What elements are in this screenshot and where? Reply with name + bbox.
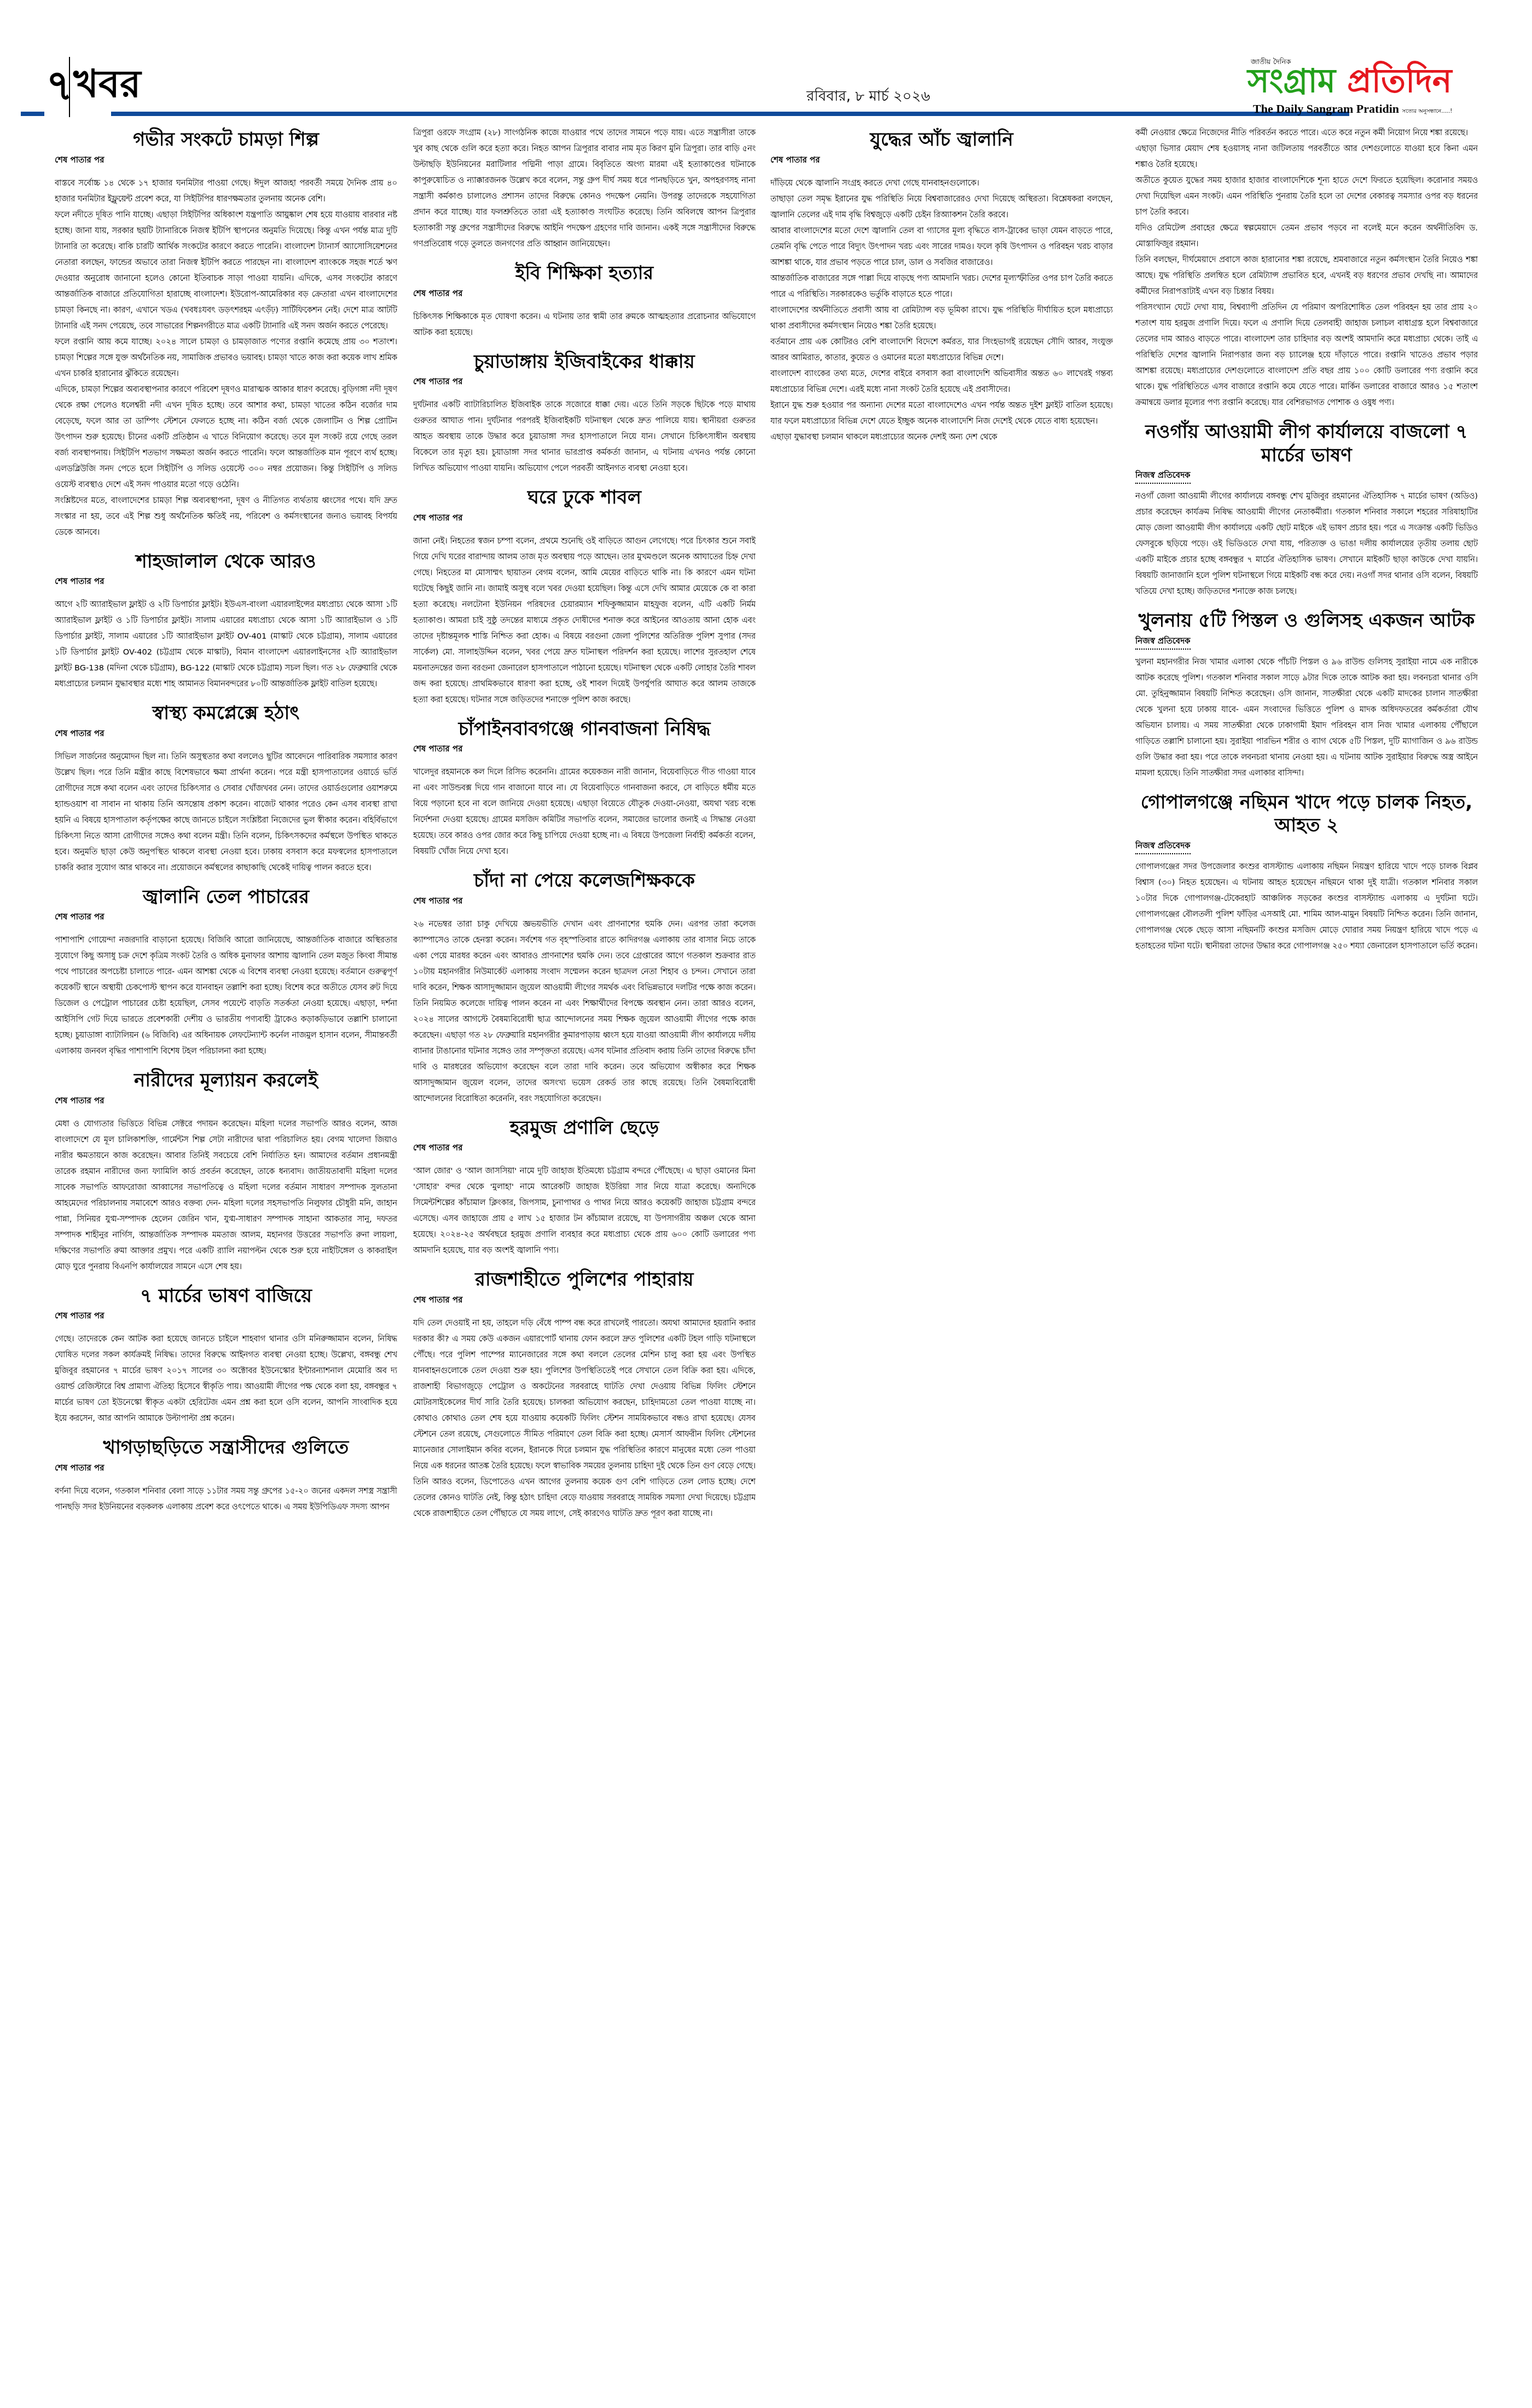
logo-name-green: সংগ্রাম <box>1247 62 1336 100</box>
story-paragraph: যদিও রেমিটেন্স প্রবাহের ক্ষেত্রে স্বল্পম… <box>1135 220 1478 252</box>
news-story: ইবি শিক্ষিকা হত্যারশেষ পাতার পরচিকিৎসক শ… <box>413 262 756 340</box>
logo-english: The Daily Sangram Pratidin সত্যের অনুসন্… <box>1253 102 1452 117</box>
story-body: গোপালগঞ্জের সদর উপজেলার কংশুর বাসস্ট্যান… <box>1135 859 1478 954</box>
story-paragraph: আগে ২টি অ্যারাইভাল ফ্লাইট ও ২টি ডিপার্চা… <box>55 597 397 692</box>
story-byline: নিজস্ব প্রতিবেদক <box>1135 840 1191 854</box>
news-story: রাজশাহীতে পুলিশের পাহারায়শেষ পাতার পরযদ… <box>413 1268 756 1521</box>
story-headline: হরমুজ প্রণালি ছেড়ে <box>413 1116 756 1140</box>
story-body: গেছে। তাদেরকে কেন আটক করা হয়েছে জানতে চ… <box>55 1331 397 1426</box>
column-4: কর্মী নেওয়ার ক্ষেত্রে নিজেদের নীতি পরিব… <box>1135 125 1478 2396</box>
story-paragraph: জানা নেই। নিহতের স্বজন চম্পা বলেন, প্রথম… <box>413 533 756 708</box>
story-dateline: শেষ পাতার পর <box>413 512 756 525</box>
news-story: খুলনায় ৫টি পিস্তল ও গুলিসহ একজন আটকনিজস… <box>1135 609 1478 781</box>
news-story: কর্মী নেওয়ার ক্ষেত্রে নিজেদের নীতি পরিব… <box>1135 125 1478 410</box>
story-body: খুলনা মহানগরীর নিজ খামার এলাকা থেকে পাঁচ… <box>1135 654 1478 781</box>
story-dateline: শেষ পাতার পর <box>55 154 397 167</box>
story-dateline: শেষ পাতার পর <box>55 727 397 741</box>
story-paragraph: আবার বাংলাদেশের মতো দেশে জ্বালানি তেল বা… <box>770 223 1113 270</box>
story-body: সিভিল সার্জনের অনুমোদন ছিল না। তিনি অসুস… <box>55 749 397 876</box>
story-paragraph: যদি তেল দেওয়াই না হয়, তাহলে দড়ি বেঁধে… <box>413 1315 756 1521</box>
story-byline: নিজস্ব প্রতিবেদক <box>1135 635 1191 650</box>
story-body: বর্ণনা দিয়ে বলেন, গতকাল শনিবার বেলা সাড… <box>55 1483 397 1515</box>
story-headline: ৭ মার্চের ভাষণ বাজিয়ে <box>55 1284 397 1308</box>
news-story: চাঁপাইনবাবগঞ্জে গানবাজনা নিষিদ্ধশেষ পাতা… <box>413 717 756 860</box>
column-1: গভীর সংকটে চামড়া শিল্পশেষ পাতার পরবাস্ত… <box>55 125 397 2396</box>
story-paragraph: 'আল জোর' ও 'আল জাসসিয়া' নামে দুটি জাহাজ… <box>413 1163 756 1258</box>
story-paragraph: কর্মী নেওয়ার ক্ষেত্রে নিজেদের নীতি পরিব… <box>1135 125 1478 141</box>
logo-name-red: প্রতিদিন <box>1347 62 1452 100</box>
news-story: চুয়াডাঙ্গায় ইজিবাইকের ধাক্কায়শেষ পাতা… <box>413 350 756 477</box>
news-story: জ্বালানি তেল পাচারেরশেষ পাতার পরপাশাপাশি… <box>55 885 397 1060</box>
story-body: মেধা ও যোগ্যতার ভিত্তিতে বিভিন্ন সেক্টরে… <box>55 1116 397 1275</box>
story-body: পাশাপাশি গোয়েন্দা নজরদারি বাড়ানো হয়েছ… <box>55 932 397 1059</box>
story-paragraph: বাংলাদেশের অর্থনীতিতে প্রবাসী আয় বা রেম… <box>770 302 1113 334</box>
story-dateline: শেষ পাতার পর <box>413 1142 756 1155</box>
logo-english-name: The Daily Sangram Pratidin <box>1253 102 1399 115</box>
story-dateline: শেষ পাতার পর <box>413 375 756 389</box>
story-headline: চাঁদা না পেয়ে কলেজশিক্ষককে <box>413 869 756 893</box>
story-dateline: শেষ পাতার পর <box>55 575 397 589</box>
news-story: হরমুজ প্রণালি ছেড়েশেষ পাতার পর'আল জোর' … <box>413 1116 756 1259</box>
story-body: নওগাঁ জেলা আওয়ামী লীগের কার্যালয়ে বঙ্গ… <box>1135 488 1478 599</box>
rule-bar-left <box>21 112 44 116</box>
story-headline: চুয়াডাঙ্গায় ইজিবাইকের ধাক্কায় <box>413 350 756 374</box>
story-headline: চাঁপাইনবাবগঞ্জে গানবাজনা নিষিদ্ধ <box>413 717 756 741</box>
story-paragraph: অতীতে কুয়েত যুদ্ধের সময় হাজার হাজার বা… <box>1135 172 1478 220</box>
story-paragraph: এদিকে, চামড়া শিল্পের অব্যবস্থাপনার কারণ… <box>55 381 397 493</box>
news-story: শাহজালাল থেকে আরওশেষ পাতার পরআগে ২টি অ্য… <box>55 550 397 692</box>
story-body: খালেদুর রহমানকে কল দিলে রিসিভ করেননি। গ্… <box>413 764 756 859</box>
story-headline: গভীর সংকটে চামড়া শিল্প <box>55 128 397 152</box>
story-headline: খুলনায় ৫টি পিস্তল ও গুলিসহ একজন আটক <box>1135 609 1478 633</box>
story-paragraph: এছাড়া যুদ্ধাবস্থা চলমান থাকলে মধ্যপ্রাচ… <box>770 429 1113 445</box>
story-dateline: শেষ পাতার পর <box>55 911 397 924</box>
masthead: ৭ খবর রবিবার, ৮ মার্চ ২০২৬ জাতীয় দৈনিক … <box>0 0 1532 118</box>
masthead-divider <box>69 57 70 117</box>
news-story: ঘরে ঢুকে শাবলশেষ পাতার পরজানা নেই। নিহতে… <box>413 486 756 708</box>
news-story: চাঁদা না পেয়ে কলেজশিক্ষককেশেষ পাতার পর২… <box>413 869 756 1107</box>
story-paragraph: গোপালগঞ্জের সদর উপজেলার কংশুর বাসস্ট্যান… <box>1135 859 1478 954</box>
logo-tagline: সত্যের অনুসন্ধানে.....! <box>1402 108 1453 114</box>
story-dateline: শেষ পাতার পর <box>413 895 756 908</box>
news-story: নওগাঁয় আওয়ামী লীগ কার্যালয়ে বাজলো ৭ ম… <box>1135 420 1478 599</box>
story-paragraph: মেধা ও যোগ্যতার ভিত্তিতে বিভিন্ন সেক্টরে… <box>55 1116 397 1275</box>
story-paragraph: পরিসংখ্যান ঘেটে দেখা যায়, বিশ্বব্যাপী প… <box>1135 299 1478 410</box>
story-body: 'আল জোর' ও 'আল জাসসিয়া' নামে দুটি জাহাজ… <box>413 1163 756 1258</box>
story-headline: ইবি শিক্ষিকা হত্যার <box>413 262 756 285</box>
rule-bar-main <box>111 112 1349 116</box>
story-paragraph: বর্তমানে প্রায় এক কোটিরও বেশি বাংলাদেশি… <box>770 334 1113 366</box>
story-headline: খাগড়াছড়িতে সন্ত্রাসীদের গুলিতে <box>55 1436 397 1460</box>
logo-name: সংগ্রাম প্রতিদিন <box>1247 65 1452 97</box>
story-paragraph: বাস্তবে সর্বোচ্চ ১৪ থেকে ১৭ হাজার ঘনমিটা… <box>55 175 397 207</box>
story-headline: ঘরে ঢুকে শাবল <box>413 486 756 510</box>
story-paragraph: বর্ণনা দিয়ে বলেন, গতকাল শনিবার বেলা সাড… <box>55 1483 397 1515</box>
news-story: নারীদের মূল্যায়ন করলেইশেষ পাতার পরমেধা … <box>55 1069 397 1275</box>
story-dateline: শেষ পাতার পর <box>55 1095 397 1108</box>
story-dateline: শেষ পাতার পর <box>413 743 756 756</box>
column-2: ত্রিপুরা ওরফে সংগ্রাম (২৮) সাংগঠনিক কাজে… <box>413 125 756 2396</box>
column-3: যুদ্ধের আঁচ জ্বালানিশেষ পাতার পরদাঁড়িয়… <box>770 125 1113 2396</box>
story-paragraph: ফলে নদীতে দূষিত পানি যাচ্ছে। এছাড়া সিইট… <box>55 207 397 334</box>
story-headline: যুদ্ধের আঁচ জ্বালানি <box>770 128 1113 152</box>
story-dateline: শেষ পাতার পর <box>413 1294 756 1307</box>
story-body: দাঁড়িয়ে থেকে জ্বালানি সংগ্রহ করতে দেখা… <box>770 175 1113 445</box>
story-paragraph: দাঁড়িয়ে থেকে জ্বালানি সংগ্রহ করতে দেখা… <box>770 175 1113 191</box>
story-dateline: শেষ পাতার পর <box>770 154 1113 167</box>
news-story: গভীর সংকটে চামড়া শিল্পশেষ পাতার পরবাস্ত… <box>55 128 397 540</box>
story-paragraph: পাশাপাশি গোয়েন্দা নজরদারি বাড়ানো হয়েছ… <box>55 932 397 1059</box>
story-dateline: শেষ পাতার পর <box>413 287 756 301</box>
story-body: জানা নেই। নিহতের স্বজন চম্পা বলেন, প্রথম… <box>413 533 756 708</box>
story-paragraph: চিকিৎসক শিক্ষিকাকে মৃত ঘোষণা করেন। এ ঘটন… <box>413 309 756 340</box>
news-story: গোপালগঞ্জে নছিমন খাদে পড়ে চালক নিহত, আহ… <box>1135 791 1478 954</box>
story-headline: নওগাঁয় আওয়ামী লীগ কার্যালয়ে বাজলো ৭ ম… <box>1135 420 1478 467</box>
story-body: ত্রিপুরা ওরফে সংগ্রাম (২৮) সাংগঠনিক কাজে… <box>413 125 756 252</box>
news-story: ত্রিপুরা ওরফে সংগ্রাম (২৮) সাংগঠনিক কাজে… <box>413 125 756 252</box>
story-paragraph: খুলনা মহানগরীর নিজ খামার এলাকা থেকে পাঁচ… <box>1135 654 1478 781</box>
story-byline: নিজস্ব প্রতিবেদক <box>1135 469 1191 484</box>
story-headline: গোপালগঞ্জে নছিমন খাদে পড়ে চালক নিহত, আহ… <box>1135 791 1478 837</box>
story-paragraph: ইরানে যুদ্ধ শুরু হওয়ার পর অন্যান্য দেশে… <box>770 397 1113 429</box>
story-body: দুর্ঘটনার একটি ব্যাটারিচালিত ইজিবাইক তাক… <box>413 397 756 476</box>
news-story: স্বাস্থ্য কমপ্লেক্সে হঠাৎশেষ পাতার পরসিভ… <box>55 702 397 876</box>
story-body: ২৬ নভেম্বর তারা চাকু দেখিয়ে জ্ঞভয়ভীতি … <box>413 916 756 1107</box>
story-paragraph: ২৬ নভেম্বর তারা চাকু দেখিয়ে জ্ঞভয়ভীতি … <box>413 916 756 1107</box>
story-body: কর্মী নেওয়ার ক্ষেত্রে নিজেদের নীতি পরিব… <box>1135 125 1478 410</box>
story-paragraph: তাছাড়া তেল সমৃদ্ধ ইরানের যুদ্ধ পরিস্থিত… <box>770 191 1113 223</box>
news-story: ৭ মার্চের ভাষণ বাজিয়েশেষ পাতার পরগেছে। … <box>55 1284 397 1427</box>
story-paragraph: নওগাঁ জেলা আওয়ামী লীগের কার্যালয়ে বঙ্গ… <box>1135 488 1478 599</box>
story-paragraph: বাংলাদেশ ব্যাংকের তথ্য মতে, দেশের বাইরে … <box>770 366 1113 397</box>
story-dateline: শেষ পাতার পর <box>55 1310 397 1323</box>
story-paragraph: ত্রিপুরা ওরফে সংগ্রাম (২৮) সাংগঠনিক কাজে… <box>413 125 756 252</box>
story-paragraph: সিভিল সার্জনের অনুমোদন ছিল না। তিনি অসুস… <box>55 749 397 876</box>
news-story: খাগড়াছড়িতে সন্ত্রাসীদের গুলিতেশেষ পাতা… <box>55 1436 397 1515</box>
story-paragraph: ফলে রপ্তানি আয় কমে যাচ্ছে। ২০২৪ সালে চা… <box>55 334 397 381</box>
story-headline: রাজশাহীতে পুলিশের পাহারায় <box>413 1268 756 1292</box>
story-body: চিকিৎসক শিক্ষিকাকে মৃত ঘোষণা করেন। এ ঘটন… <box>413 309 756 340</box>
story-paragraph: গেছে। তাদেরকে কেন আটক করা হয়েছে জানতে চ… <box>55 1331 397 1426</box>
story-paragraph: খালেদুর রহমানকে কল দিলে রিসিভ করেননি। গ্… <box>413 764 756 859</box>
section-title: খবর <box>73 65 141 103</box>
story-paragraph: সংশ্লিষ্টদের মতে, বাংলাদেশের চামড়া শিল্… <box>55 493 397 540</box>
story-paragraph: তিনি বলছেন, দীর্ঘমেয়াদে প্রবাসে কাজ হার… <box>1135 252 1478 299</box>
story-headline: স্বাস্থ্য কমপ্লেক্সে হঠাৎ <box>55 702 397 725</box>
story-body: আগে ২টি অ্যারাইভাল ফ্লাইট ও ২টি ডিপার্চা… <box>55 597 397 692</box>
story-paragraph: এছাড়া ভিসার মেয়াদ শেষ হওয়াসহ নানা জটি… <box>1135 141 1478 172</box>
story-headline: নারীদের মূল্যায়ন করলেই <box>55 1069 397 1092</box>
news-story: যুদ্ধের আঁচ জ্বালানিশেষ পাতার পরদাঁড়িয়… <box>770 128 1113 445</box>
issue-date: রবিবার, ৮ মার্চ ২০২৬ <box>806 85 930 109</box>
story-paragraph: দুর্ঘটনার একটি ব্যাটারিচালিত ইজিবাইক তাক… <box>413 397 756 476</box>
story-paragraph: আন্তর্জাতিক বাজারের সঙ্গে পাল্লা দিয়ে ব… <box>770 270 1113 302</box>
story-body: যদি তেল দেওয়াই না হয়, তাহলে দড়ি বেঁধে… <box>413 1315 756 1521</box>
story-body: বাস্তবে সর্বোচ্চ ১৪ থেকে ১৭ হাজার ঘনমিটা… <box>55 175 397 540</box>
story-headline: জ্বালানি তেল পাচারের <box>55 885 397 909</box>
story-headline: শাহজালাল থেকে আরও <box>55 550 397 574</box>
story-dateline: শেষ পাতার পর <box>55 1462 397 1475</box>
